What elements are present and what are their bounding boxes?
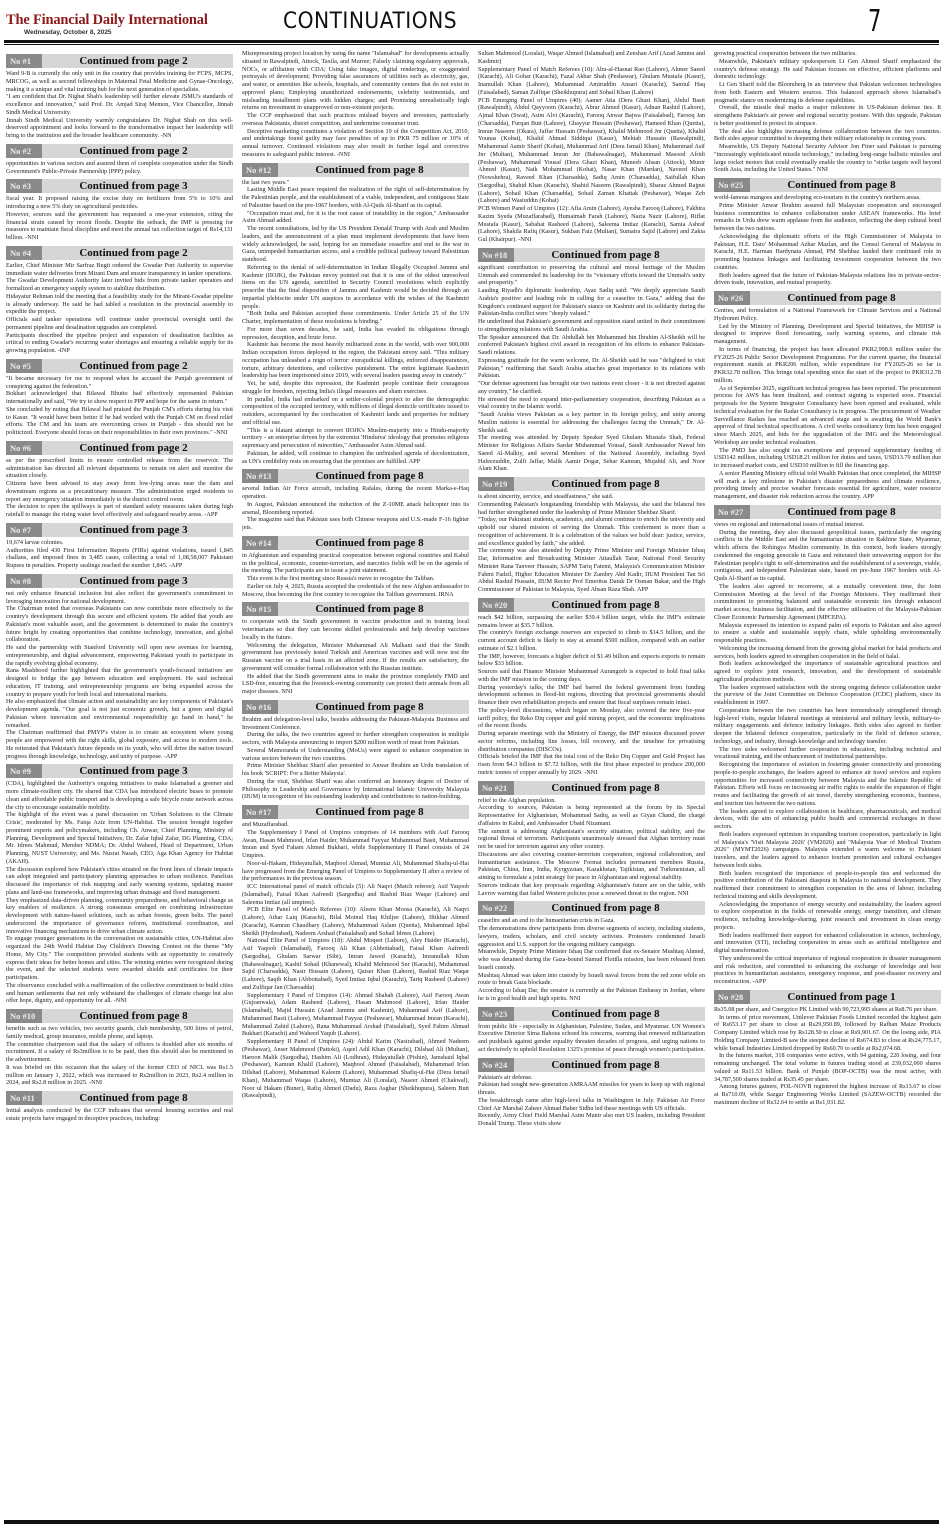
continuation-article: No #11Continued from page 8Initial analy… (6, 1091, 233, 1123)
article-paragraph: Officials briefed the IMF that the total… (478, 753, 705, 776)
continued-from-label: Continued from page 2 (42, 144, 233, 158)
article-body: several Indian Air Force aircraft, inclu… (242, 485, 469, 532)
continued-from-label: Continued from page 8 (514, 781, 705, 795)
article-body: world-famous mangoes and developing eco-… (714, 194, 941, 287)
article-paragraph: In August, Pakistan announced the induct… (242, 501, 469, 517)
article-number-tag: No #18 (478, 248, 514, 262)
issue-date: Wednesday, October 8, 2025 (24, 29, 112, 36)
article-body: significant contribution to preserving t… (478, 264, 705, 473)
article-body: from public life - especially in Afghani… (478, 1023, 705, 1054)
continuation-article: No #21Continued from page 8relief to the… (478, 781, 705, 898)
continuation-article: No #16Continued from page 8Ibrahim and d… (242, 700, 469, 801)
article-paragraph: Among futures gainers, POL-NOVB register… (714, 1083, 941, 1106)
continuation-header: No #26Continued from page 8 (714, 291, 941, 305)
article-paragraph: He added that the Sindh government aims … (242, 673, 469, 696)
article-number-tag: No #26 (714, 291, 750, 305)
continuation-article: No #18Continued from page 8significant c… (478, 248, 705, 473)
continuation-header: No #28Continued from page 1 (714, 990, 941, 1004)
masthead: The Financial Daily International Wednes… (0, 0, 945, 44)
article-body: in Afghanistan and expanding practical c… (242, 552, 469, 599)
article-paragraph: growing practical cooperation between th… (714, 50, 941, 58)
continued-from-label: Continued from page 8 (278, 469, 469, 483)
article-number-tag: No #7 (6, 523, 42, 537)
continuation-article: Sultan Mahmood (Loralai), Waqar Ahmed (I… (478, 50, 705, 244)
article-paragraph: According to sources, Pakistan is being … (478, 804, 705, 827)
article-body: benefits such as two vehicles, two secur… (6, 1025, 233, 1087)
article-paragraph: ICC International panel of match officia… (242, 883, 469, 906)
continuation-article: No #22Continued from page 8ceasefire and… (478, 901, 705, 1002)
continuation-header: No #16Continued from page 8 (242, 700, 469, 714)
article-paragraph: Initial analysis conducted by the CCP in… (6, 1107, 233, 1123)
column-2: Misrepresenting project location by usin… (242, 50, 469, 1516)
continuation-article: No #14Continued from page 8in Afghanista… (242, 536, 469, 599)
article-number-tag: No #3 (6, 179, 42, 193)
article-paragraph: He said the partnership with Stanford Un… (6, 644, 233, 667)
continued-from-label: Continued from page 8 (514, 248, 705, 262)
article-paragraph: several Indian Air Force aircraft, inclu… (242, 485, 469, 501)
article-paragraph: The Chairman noted that overseas Pakista… (6, 605, 233, 644)
continuation-article: No #20Continued from page 8reach $42 bil… (478, 598, 705, 777)
continuation-header: No #1Continued from page 2 (6, 54, 233, 68)
article-paragraph: During yesterday's talks, the IMF had ba… (478, 684, 705, 707)
article-paragraph: Jinnah Sindh Medical University warmly c… (6, 117, 233, 140)
continuation-header: No #24Continued from page 8 (478, 1058, 705, 1072)
article-paragraph: Both leaders expressed optimism in expan… (714, 831, 941, 870)
continued-from-label: Continued from page 8 (42, 1009, 233, 1023)
continuation-header: No #14Continued from page 8 (242, 536, 469, 550)
article-paragraph: "Our defense agreement has brought our t… (478, 380, 705, 396)
article-paragraph: is about sincerity, service, and steadfa… (478, 493, 705, 501)
continuation-header: No #5Continued from page 2 (6, 359, 233, 373)
article-body: Misrepresenting project location by usin… (242, 50, 469, 159)
article-paragraph: Hidayatur Rehman told the meeting that a… (6, 293, 233, 316)
article-paragraph: The IMF, however, forecasts a higher def… (478, 653, 705, 669)
continued-from-label: Continued from page 8 (42, 1091, 233, 1105)
article-paragraph: Supplementary I Panel of Umpires (14): A… (242, 992, 469, 1039)
article-paragraph: Meanwhile, Deputy Prime Minister Ishaq D… (478, 948, 705, 971)
article-paragraph: from public life - especially in Afghani… (478, 1023, 705, 1054)
continued-from-label: Continued from page 8 (514, 1007, 705, 1021)
continuation-article: No #1Continued from page 2Ward 9-B is cu… (6, 54, 233, 140)
continuation-header: No #11Continued from page 8 (6, 1091, 233, 1105)
article-paragraph: The leaders agreed to explore collaborat… (714, 808, 941, 831)
continued-from-label: Continued from page 1 (750, 990, 941, 1004)
continuation-header: No #22Continued from page 8 (478, 901, 705, 915)
article-paragraph: Earlier, Chief Minister Mir Sarfraz Bugt… (6, 262, 233, 278)
continuation-header: No #17Continued from page 8 (242, 805, 469, 819)
article-paragraph: This event is the first meeting since Ru… (242, 575, 469, 583)
column-3: Sultan Mahmood (Loralai), Waqar Ahmed (I… (478, 50, 705, 1516)
article-paragraph: to cooperate with the Sindh government i… (242, 618, 469, 641)
article-body: Initial analysis conducted by the CCP in… (6, 1107, 233, 1123)
article-paragraph: ceasefire and an end to the humanitarian… (478, 917, 705, 925)
article-paragraph: Bokhari acknowledged that Bilawal Bhutto… (6, 390, 233, 406)
article-number-tag: No #21 (478, 781, 514, 795)
article-paragraph: views on regional and international issu… (714, 521, 941, 529)
article-paragraph: They underscored the critical importance… (714, 955, 941, 986)
article-body: "It became necessary for me to respond w… (6, 375, 233, 437)
continuation-header: No #7Continued from page 3 (6, 523, 233, 537)
continuation-article: No #17Continued from page 8and Muzaffara… (242, 805, 469, 1100)
article-body: as per the prescribed limits to ensure c… (6, 457, 233, 519)
continuation-article: No #15Continued from page 8to cooperate … (242, 602, 469, 696)
article-paragraph: Several Memoranda of Understanding (MoUs… (242, 747, 469, 763)
continuation-header: No #4Continued from page 2 (6, 246, 233, 260)
article-body: growing practical cooperation between th… (714, 50, 941, 174)
article-body: Pakistan's air defense.Pakistan had soug… (478, 1074, 705, 1128)
article-paragraph: In parallel, India had embarked on a set… (242, 396, 469, 427)
continuation-header: No #6Continued from page 2 (6, 441, 233, 455)
article-paragraph: Both leaders reaffirmed their support fo… (714, 932, 941, 955)
continuation-article: No #12Continued from page 8the last two … (242, 163, 469, 466)
continuation-header: No #13Continued from page 8 (242, 469, 469, 483)
article-body: 19,674 larvae colonies.Authorities filed… (6, 539, 233, 570)
article-paragraph: The PMD has also sought tax exemptions a… (714, 447, 941, 470)
article-paragraph: Referring to the denial of self-determin… (242, 264, 469, 311)
article-paragraph: Lt Gen Sharif told the Bloomberg in an i… (714, 81, 941, 104)
article-paragraph: Malaysia expressed its intention to expa… (714, 622, 941, 645)
article-paragraph: He stressed the need to expand inter-par… (478, 396, 705, 412)
header-rule (4, 40, 939, 45)
article-paragraph: opportunities in various sectors and ass… (6, 160, 233, 176)
continued-from-label: Continued from page 8 (278, 536, 469, 550)
article-paragraph: Rs35.08 per share, and Cnergyico PK Limi… (714, 1006, 941, 1014)
article-paragraph: Welcoming the delegation, Minister Muham… (242, 642, 469, 673)
continuation-article: No #19Continued from page 8is about sinc… (478, 477, 705, 594)
article-paragraph: Acknowledging the importance of energy s… (714, 901, 941, 932)
article-body: views on regional and international issu… (714, 521, 941, 986)
article-body: Ibrahim and delegation-level talks, besi… (242, 716, 469, 801)
article-number-tag: No #2 (6, 144, 42, 158)
article-columns: No #1Continued from page 2Ward 9-B is cu… (4, 50, 939, 1516)
article-body: not only enhance financial inclusion but… (6, 590, 233, 761)
continuation-article: No #25Continued from page 8world-famous … (714, 178, 941, 287)
footer-rule (4, 1520, 939, 1524)
article-number-tag: No #28 (714, 990, 750, 1004)
article-paragraph: Meanwhile, Pakistan's military spokesper… (714, 58, 941, 81)
continued-from-label: Continued from page 8 (750, 291, 941, 305)
article-paragraph: Expressing gratitude for the warm welcom… (478, 357, 705, 380)
continuation-article: No #10Continued from page 8benefits such… (6, 1009, 233, 1087)
continuation-article: No #7Continued from page 319,674 larvae … (6, 523, 233, 570)
article-paragraph: Cooperation between the two countries ha… (714, 707, 941, 746)
article-paragraph: Ward 9-B is currently the only unit in t… (6, 70, 233, 93)
continued-from-label: Continued from page 8 (750, 505, 941, 519)
continuation-header: No #15Continued from page 8 (242, 602, 469, 616)
article-body: Earlier, Chief Minister Mir Sarfraz Bugt… (6, 262, 233, 355)
article-paragraph: Officials said tanker operations will co… (6, 316, 233, 332)
continued-from-label: Continued from page 2 (42, 441, 233, 455)
article-paragraph: The meeting was attended by Deputy Speak… (478, 434, 705, 473)
article-paragraph: and Muzaffarabad. (242, 821, 469, 829)
article-body: Ward 9-B is currently the only unit in t… (6, 70, 233, 140)
article-paragraph: world-famous mangoes and developing eco-… (714, 194, 941, 202)
article-paragraph: "This is a blatant attempt to convert II… (242, 427, 469, 450)
article-paragraph: The summit is addressing Afghanistan's s… (478, 828, 705, 851)
article-number-tag: No #24 (478, 1058, 514, 1072)
article-number-tag: No #19 (478, 477, 514, 491)
article-paragraph: The Gwadar Development Authority later i… (6, 277, 233, 293)
article-paragraph: Yet, he said, despite this repression, t… (242, 380, 469, 396)
article-paragraph: Noor-ul-Hakam, Hidayatullah, Maqbool Ahm… (242, 860, 469, 883)
article-paragraph: Acknowledging the diplomatic efforts of … (714, 233, 941, 272)
article-paragraph: He underlined that Pakistan's government… (478, 318, 705, 334)
article-paragraph: Recognising the importance of aviation i… (714, 761, 941, 808)
continuation-article: Misrepresenting project location by usin… (242, 50, 469, 159)
article-paragraph: fiscal year. It proposed raising the exc… (6, 195, 233, 211)
continuation-article: No #13Continued from page 8several India… (242, 469, 469, 532)
article-paragraph: Earlier on July 4, 2025, Russia accepted… (242, 583, 469, 599)
article-paragraph: The highlight of the event was a panel d… (6, 811, 233, 865)
article-paragraph: To engage younger generations in the con… (6, 935, 233, 982)
continued-from-label: Continued from page 8 (514, 901, 705, 915)
article-paragraph: The magazine said that Pakistan uses bot… (242, 516, 469, 532)
continuation-article: No #6Continued from page 2as per the pre… (6, 441, 233, 519)
article-paragraph: During the meeting, they also discussed … (714, 529, 941, 583)
article-body: Rs35.08 per share, and Cnergyico PK Limi… (714, 1006, 941, 1107)
article-paragraph: Sultan Mahmood (Loralai), Waqar Ahmed (I… (478, 50, 705, 66)
article-paragraph: A senior Planning Ministry official told… (714, 470, 941, 501)
article-paragraph: He also emphasized that climate action a… (6, 698, 233, 729)
article-body: relief to the Afghan population.Accordin… (478, 797, 705, 898)
continuation-header: No #19Continued from page 8 (478, 477, 705, 491)
article-paragraph: The Supplementary I Panel of Umpires com… (242, 829, 469, 860)
article-number-tag: No #12 (242, 163, 278, 177)
article-paragraph: For more than seven decades, he said, In… (242, 326, 469, 342)
article-number-tag: No #17 (242, 805, 278, 819)
continued-from-label: Continued from page 2 (42, 246, 233, 260)
article-paragraph: The policy-level discussions, which bega… (478, 707, 705, 730)
article-paragraph: The decision to open the spillways is pa… (6, 503, 233, 519)
article-paragraph: The recent consultations, led by the US … (242, 225, 469, 264)
article-paragraph: "I am confident that Dr. Nighat Shah's l… (6, 93, 233, 116)
continued-from-label: Continued from page 8 (514, 477, 705, 491)
continued-from-label: Continued from page 8 (278, 602, 469, 616)
article-paragraph: Participants described the pipeline proj… (6, 332, 233, 355)
continued-from-label: Continued from page 2 (42, 54, 233, 68)
article-paragraph: Deceptive marketing constitutes a violat… (242, 128, 469, 159)
article-paragraph: The breakthrough came after high-level t… (478, 1097, 705, 1113)
article-paragraph: The observance concluded with a reaffirm… (6, 982, 233, 1005)
article-paragraph: Both leaders acknowledged the importance… (714, 660, 941, 683)
article-number-tag: No #14 (242, 536, 278, 550)
article-paragraph: Discussions are also covering counter-te… (478, 851, 705, 882)
continuation-header: No #20Continued from page 8 (478, 598, 705, 612)
article-paragraph: PCB Elite Panel of Match Referees (10): … (242, 906, 469, 937)
article-paragraph: In the futures market, 318 companies wer… (714, 1052, 941, 1083)
continuation-article: No #26Continued from page 8Centres, and … (714, 291, 941, 501)
article-paragraph: According to Ishaq Dar, the senator is c… (478, 987, 705, 1003)
article-number-tag: No #15 (242, 602, 278, 616)
article-paragraph: During the visit, Shehbaz Sharif was als… (242, 778, 469, 801)
continued-from-label: Continued from page 8 (750, 178, 941, 192)
continuation-article: No #5Continued from page 2"It became nec… (6, 359, 233, 437)
article-paragraph: The country's foreign exchange reserves … (478, 629, 705, 652)
continued-from-label: Continued from page 8 (278, 805, 469, 819)
article-paragraph: However, sources said the government has… (6, 211, 233, 242)
article-number-tag: No #11 (6, 1091, 42, 1105)
article-number-tag: No #8 (6, 574, 42, 588)
article-body: Centres, and formulation of a National F… (714, 307, 941, 501)
article-paragraph: The demonstrations drew participants fro… (478, 925, 705, 948)
article-paragraph: The Chairman reaffirmed that PMYP's visi… (6, 729, 233, 760)
continuation-header: No #10Continued from page 8 (6, 1009, 233, 1023)
article-paragraph: PCB Emerging Panel of Umpires (40): Aame… (478, 97, 705, 206)
continued-from-label: Continued from page 3 (42, 764, 233, 778)
article-number-tag: No #4 (6, 246, 42, 260)
article-body: to cooperate with the Sindh government i… (242, 618, 469, 696)
article-paragraph: Both leaders agreed that the future of P… (714, 272, 941, 288)
article-paragraph: The deal also highlights increasing defe… (714, 128, 941, 144)
article-paragraph: as per the prescribed limits to ensure c… (6, 457, 233, 480)
article-number-tag: No #10 (6, 1009, 42, 1023)
article-paragraph: Welcoming the increasing demand from the… (714, 645, 941, 661)
article-paragraph: They emphasized data-driven planning, co… (6, 897, 233, 936)
article-paragraph: Supplementary Panel of Match Referees (1… (478, 66, 705, 97)
article-body: Sultan Mahmood (Loralai), Waqar Ahmed (I… (478, 50, 705, 244)
article-number-tag: No #20 (478, 598, 514, 612)
continuation-article: No #23Continued from page 8from public l… (478, 1007, 705, 1054)
article-paragraph: Pakistan, he added, will continue to cha… (242, 450, 469, 466)
continuation-article: growing practical cooperation between th… (714, 50, 941, 174)
continuation-article: No #4Continued from page 2Earlier, Chief… (6, 246, 233, 355)
article-number-tag: No #23 (478, 1007, 514, 1021)
article-paragraph: Pakistan had sought new-generation AMRAA… (478, 1081, 705, 1097)
continuation-header: No #27Continued from page 8 (714, 505, 941, 519)
continuation-header: No #23Continued from page 8 (478, 1007, 705, 1021)
article-paragraph: benefits such as two vehicles, two secur… (6, 1025, 233, 1041)
continued-from-label: Continued from page 8 (278, 163, 469, 177)
article-paragraph: During separate meetings with the Minist… (478, 730, 705, 753)
article-paragraph: (CDA), highlighted the Authority's ongoi… (6, 780, 233, 811)
article-number-tag: No #6 (6, 441, 42, 455)
article-paragraph: Meanwhile, US Deputy National Security A… (714, 143, 941, 174)
continued-from-label: Continued from page 3 (42, 179, 233, 193)
article-paragraph: The CCP emphasized that such practices m… (242, 112, 469, 128)
newspaper-name: The Financial Daily International (6, 12, 208, 29)
continuation-header: No #3Continued from page 3 (6, 179, 233, 193)
continued-from-label: Continued from page 2 (42, 359, 233, 373)
article-paragraph: Recently, Army Chief Field Marshal Asim … (478, 1112, 705, 1128)
article-paragraph: Both leaders recognised the importance o… (714, 870, 941, 901)
article-number-tag: No #9 (6, 764, 42, 778)
article-paragraph: Citizens have been advised to stay away … (6, 480, 233, 503)
continuation-article: No #28Continued from page 1Rs35.08 per s… (714, 990, 941, 1107)
article-paragraph: Ibrahim and delegation-level talks, besi… (242, 716, 469, 732)
continuation-header: No #18Continued from page 8 (478, 248, 705, 262)
article-body: opportunities in various sectors and ass… (6, 160, 233, 176)
column-1: No #1Continued from page 2Ward 9-B is cu… (6, 50, 233, 1516)
article-paragraph: Overall, the missile deal marks a major … (714, 104, 941, 127)
article-paragraph: PCB Women Panel of Umpires (12): Afia Am… (478, 205, 705, 244)
continuation-header: No #12Continued from page 8 (242, 163, 469, 177)
article-number-tag: No #13 (242, 469, 278, 483)
article-paragraph: As of September 2025, significant techni… (714, 385, 941, 447)
continuation-header: No #9Continued from page 3 (6, 764, 233, 778)
article-paragraph: "Saudi Arabia views Pakistan as a key pa… (478, 411, 705, 434)
article-paragraph: Lauding Riyadh's diplomatic leadership, … (478, 287, 705, 318)
page-number: 7 (868, 4, 881, 39)
article-paragraph: Kashmir has become the most heavily mili… (242, 341, 469, 380)
article-paragraph: Centres, and formulation of a National F… (714, 307, 941, 323)
article-paragraph: Pakistan's air defense. (478, 1074, 705, 1082)
section-title: CONTINUATIONS (283, 9, 457, 34)
article-body: is about sincerity, service, and steadfa… (478, 493, 705, 594)
continued-from-label: Continued from page 3 (42, 574, 233, 588)
article-paragraph: Supplementary II Panel of Umpires (24): … (242, 1038, 469, 1100)
article-paragraph: Mushtaq Ahmad was taken into custody by … (478, 972, 705, 988)
article-body: and Muzaffarabad.The Supplementary I Pan… (242, 821, 469, 1100)
article-paragraph: Prime Minister Anwar Ibrahim assured ful… (714, 202, 941, 233)
article-paragraph: It was briefed on this occasion that the… (6, 1064, 233, 1087)
continuation-header: No #8Continued from page 3 (6, 574, 233, 588)
article-paragraph: Rana Mashhood further highlighted that t… (6, 667, 233, 698)
article-number-tag: No #1 (6, 54, 42, 68)
article-paragraph: 19,674 larvae colonies. (6, 539, 233, 547)
article-paragraph: The leaders also agreed to reconvene, at… (714, 583, 941, 622)
article-paragraph: National Elite Panel of Umpires (18): Ab… (242, 937, 469, 991)
continuation-article: No #27Continued from page 8views on regi… (714, 505, 941, 986)
article-number-tag: No #22 (478, 901, 514, 915)
article-paragraph: The discussion explored how Pakistan's c… (6, 866, 233, 897)
article-paragraph: the last two years." (242, 179, 469, 187)
article-paragraph: The ceremony was also attended by Deputy… (478, 547, 705, 594)
article-paragraph: The committee chairperson said that the … (6, 1041, 233, 1064)
article-paragraph: During the talks, the two countries agre… (242, 731, 469, 747)
article-paragraph: Prime Minister Shehbaz Sharif also prese… (242, 762, 469, 778)
article-paragraph: "Occupation must end, for it is the root… (242, 210, 469, 226)
article-paragraph: She concluded by noting that Bilawal had… (6, 406, 233, 437)
article-body: reach $42 billion, surpassing the earlie… (478, 614, 705, 777)
article-paragraph: in Afghanistan and expanding practical c… (242, 552, 469, 575)
continued-from-label: Continued from page 3 (42, 523, 233, 537)
article-paragraph: In terms of financing, the project has b… (714, 346, 941, 385)
article-paragraph: Lasting Middle East peace required the r… (242, 186, 469, 209)
article-paragraph: relief to the Afghan population. (478, 797, 705, 805)
article-paragraph: significant contribution to preserving t… (478, 264, 705, 287)
article-paragraph: Misrepresenting project location by usin… (242, 50, 469, 112)
article-paragraph: Commending Pakistan's longstanding frien… (478, 501, 705, 517)
article-paragraph: The two sides welcomed further cooperati… (714, 746, 941, 762)
article-paragraph: The leaders expressed satisfaction with … (714, 684, 941, 707)
article-paragraph: In terms of price movement, Unilever Pak… (714, 1014, 941, 1053)
continued-from-label: Continued from page 8 (514, 1058, 705, 1072)
article-paragraph: "Today, our Pakistani students, academic… (478, 516, 705, 547)
column-4: growing practical cooperation between th… (714, 50, 941, 1516)
article-number-tag: No #5 (6, 359, 42, 373)
article-paragraph: Authorities filed 430 First Information … (6, 547, 233, 570)
article-paragraph: Led by the Ministry of Planning, Develop… (714, 323, 941, 346)
article-number-tag: No #27 (714, 505, 750, 519)
article-body: (CDA), highlighted the Authority's ongoi… (6, 780, 233, 1005)
continued-from-label: Continued from page 8 (514, 598, 705, 612)
article-paragraph: "It became necessary for me to respond w… (6, 375, 233, 391)
article-paragraph: "Both India and Pakistan accepted these … (242, 310, 469, 326)
continuation-header: No #2Continued from page 2 (6, 144, 233, 158)
article-paragraph: not only enhance financial inclusion but… (6, 590, 233, 606)
continuation-article: No #3Continued from page 3fiscal year. I… (6, 179, 233, 242)
article-paragraph: reach $42 billion, surpassing the earlie… (478, 614, 705, 630)
continuation-article: No #24Continued from page 8Pakistan's ai… (478, 1058, 705, 1128)
article-body: ceasefire and an end to the humanitarian… (478, 917, 705, 1002)
continuation-article: No #2Continued from page 2opportunities … (6, 144, 233, 176)
continuation-article: No #8Continued from page 3not only enhan… (6, 574, 233, 761)
continuation-article: No #9Continued from page 3(CDA), highlig… (6, 764, 233, 1005)
continuation-header: No #21Continued from page 8 (478, 781, 705, 795)
article-number-tag: No #16 (242, 700, 278, 714)
article-body: the last two years."Lasting Middle East … (242, 179, 469, 466)
article-paragraph: Sources said that Finance Minister Muham… (478, 668, 705, 684)
